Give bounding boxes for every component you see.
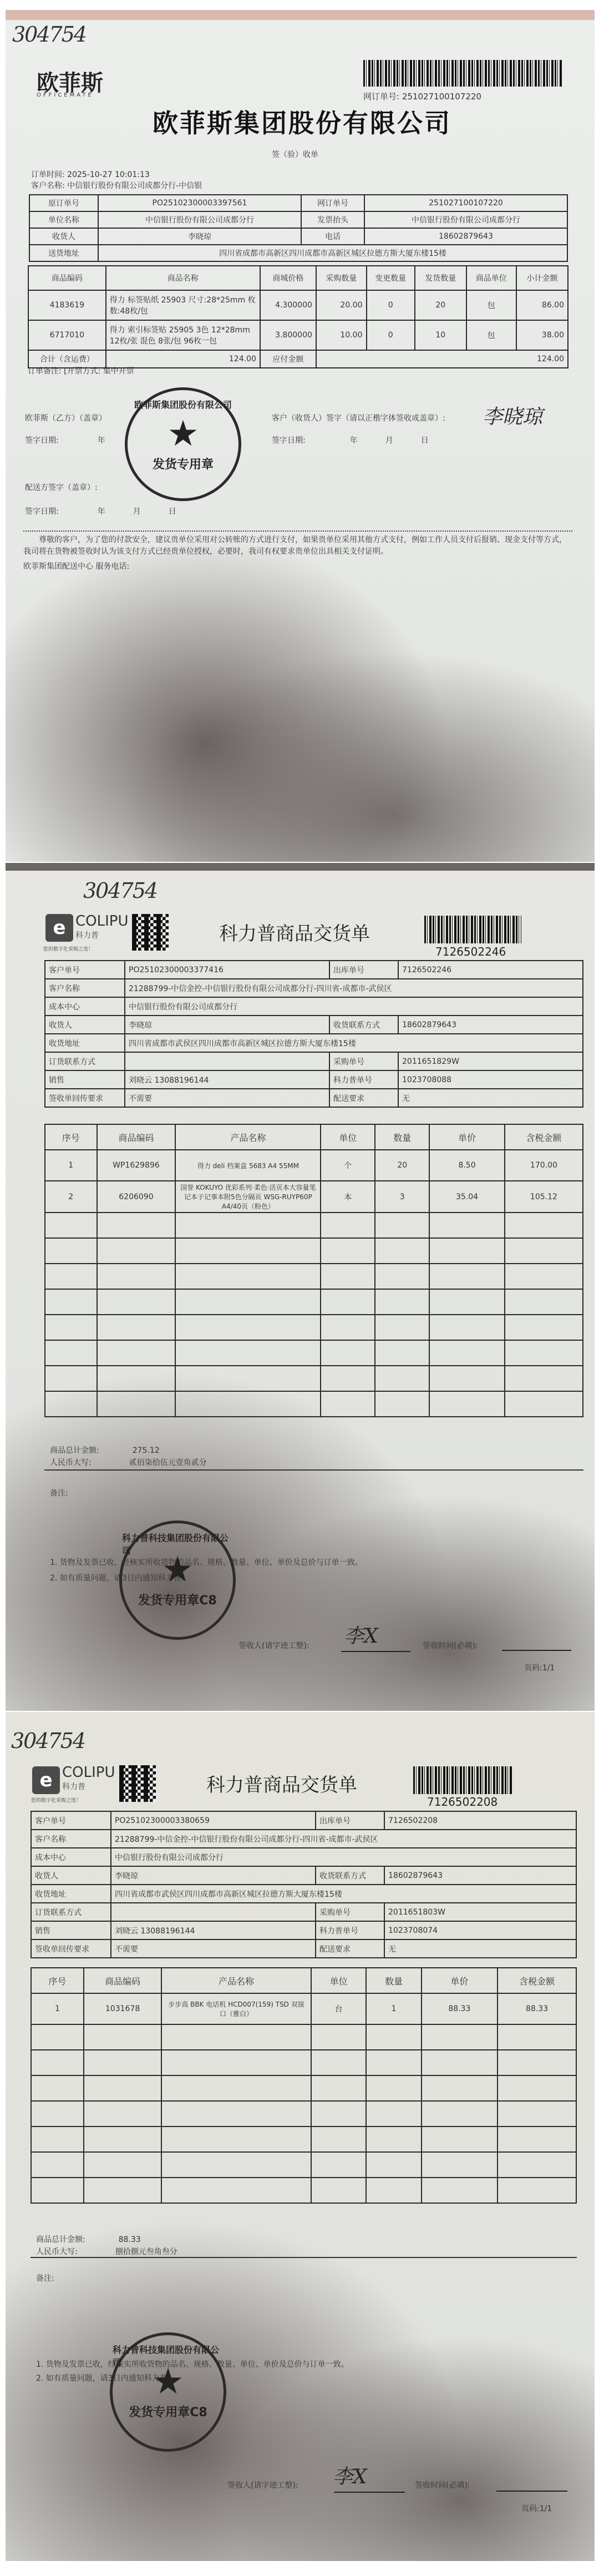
payable-value: 124.00 — [316, 350, 568, 368]
empty-cell — [375, 1340, 429, 1366]
info-label: 配送要求 — [316, 1939, 384, 1958]
item-price: 3.800000 — [260, 320, 316, 350]
empty-cell — [175, 1366, 321, 1391]
empty-cell — [366, 2050, 421, 2075]
empty-cell — [161, 2050, 311, 2075]
info-label: 配送要求 — [329, 1089, 398, 1107]
empty-cell — [161, 2178, 311, 2203]
officemate-receipt: 304754 欧菲斯 OFFICEMATE 网订单号: 251027100107… — [6, 10, 595, 862]
officemate-logo-en: OFFICEMATE — [37, 92, 94, 98]
empty-cell — [31, 2178, 84, 2203]
empty-cell — [375, 1391, 429, 1417]
info-label: 成本中心 — [45, 997, 125, 1016]
empty-cell — [505, 1289, 583, 1315]
empty-cell — [97, 1264, 176, 1289]
info-row: 客户单号PO25102300003380659出库单号7126502208 — [31, 1811, 576, 1830]
star-icon: ★ — [152, 2364, 184, 2400]
empty-row — [45, 1213, 583, 1238]
info-label: 单位名称 — [29, 211, 98, 228]
seller-sign-label: 欧菲斯（乙方）（盖章） — [25, 412, 106, 423]
qr-code — [119, 1765, 156, 1802]
empty-cell — [31, 2075, 84, 2101]
empty-cell — [311, 2178, 366, 2203]
info-label: 收货人 — [31, 1866, 111, 1885]
barcode — [413, 1766, 513, 1794]
empty-row — [31, 2050, 576, 2075]
empty-cell — [498, 2178, 576, 2203]
empty-cell — [505, 1315, 583, 1340]
divider — [31, 2257, 577, 2258]
info-value: 1023708074 — [384, 1921, 576, 1939]
info-label: 收货地址 — [45, 1034, 125, 1052]
empty-cell — [45, 1391, 97, 1417]
item-name: 得力 索引标签贴 25905 3色 12*28mm 12枚/张 混色 8张/包 … — [106, 320, 260, 350]
info-value: 无 — [398, 1089, 583, 1107]
empty-cell — [422, 2075, 498, 2101]
empty-cell — [31, 2101, 84, 2127]
empty-cell — [31, 2024, 84, 2050]
empty-cell — [429, 1315, 505, 1340]
empty-cell — [498, 2024, 576, 2050]
empty-row — [45, 1391, 583, 1417]
handwritten-number: 304754 — [11, 1729, 85, 1753]
colipu-delivery-note-2: 304754 e COLIPU 科力普 您的数字化采购之选！ 科力普商品交货单 … — [6, 1712, 595, 2561]
item-row: 11031678步步高 BBK 电话机 HCD007(159) TSD 双接口（… — [31, 1993, 576, 2024]
empty-row — [31, 2152, 576, 2178]
empty-cell — [505, 1264, 583, 1289]
empty-cell — [31, 2050, 84, 2075]
empty-cell — [498, 2075, 576, 2101]
column-header: 商品名称 — [106, 266, 260, 290]
empty-cell — [422, 2050, 498, 2075]
empty-row — [31, 2178, 576, 2203]
info-label: 签收单回传要求 — [31, 1939, 111, 1958]
info-row: 订货联系方式采购单号2011651829W — [45, 1052, 583, 1070]
doc-title: 科力普商品交货单 — [206, 1770, 357, 1797]
info-value: 2011651803W — [384, 1903, 576, 1921]
empty-cell — [84, 2127, 161, 2152]
item-amount: 170.00 — [505, 1150, 583, 1181]
empty-cell — [498, 2101, 576, 2127]
empty-cell — [97, 1238, 176, 1264]
doc-type: 签（验）收单 — [272, 149, 318, 160]
empty-cell — [45, 1213, 97, 1238]
items-table: 商品编码商品名称商城价格采购数量变更数量发货数量商品单位小计金额4183619得… — [28, 265, 568, 368]
empty-cell — [498, 2127, 576, 2152]
item-amount: 105.12 — [505, 1181, 583, 1213]
item-qty: 1 — [366, 1993, 421, 2024]
empty-row — [31, 2075, 576, 2101]
info-label: 订货联系方式 — [45, 1052, 125, 1070]
item-shipped-qty: 10 — [415, 320, 466, 350]
colipu-logo-icon: e — [45, 914, 73, 942]
empty-cell — [375, 1264, 429, 1289]
empty-cell — [375, 1366, 429, 1391]
empty-cell — [97, 1289, 176, 1315]
info-value: 18602879643 — [384, 1866, 576, 1885]
empty-cell — [84, 2024, 161, 2050]
empty-cell — [175, 1391, 321, 1417]
empty-cell — [84, 2178, 161, 2203]
receiver-label: 签收人(请字迹工整): — [238, 1640, 309, 1651]
empty-cell — [321, 1315, 375, 1340]
item-qty: 3 — [375, 1181, 429, 1213]
info-value — [111, 1903, 316, 1921]
column-header: 产品名称 — [161, 1968, 311, 1993]
info-label: 电话 — [301, 228, 364, 245]
empty-cell — [321, 1238, 375, 1264]
empty-cell — [45, 1340, 97, 1366]
item-no: 1 — [45, 1150, 97, 1181]
item-shipped-qty: 20 — [415, 290, 466, 320]
empty-row — [45, 1264, 583, 1289]
info-row: 成本中心中信银行股份有限公司成都分行 — [45, 997, 583, 1016]
info-label: 采购单号 — [316, 1903, 384, 1921]
empty-cell — [45, 1366, 97, 1391]
column-header: 单位 — [321, 1124, 375, 1150]
empty-cell — [84, 2152, 161, 2178]
total-row: 商品总计金额:88.33 — [36, 2234, 141, 2245]
info-row: 送货地址四川省成都市高新区四川成都市高新区城区拉德方斯大厦东楼15楼 — [29, 245, 567, 261]
info-row: 收货地址四川省成都市武侯区四川成都市高新区城区拉德方斯大厦东楼15楼 — [45, 1034, 583, 1052]
empty-cell — [366, 2178, 421, 2203]
page-number: 页码:1/1 — [524, 1662, 555, 1673]
info-value: 251027100107220 — [364, 195, 567, 211]
empty-cell — [175, 1238, 321, 1264]
item-qty: 10.00 — [316, 320, 367, 350]
payable-label: 应付金额 — [260, 350, 316, 368]
column-header: 采购数量 — [316, 266, 367, 290]
rmb-row: 人民币大写:贰佰柒拾伍元壹角贰分 — [50, 1457, 207, 1468]
empty-cell — [161, 2024, 311, 2050]
barcode-number: 7126502208 — [427, 1795, 498, 1809]
empty-cell — [375, 1213, 429, 1238]
info-label: 收货地址 — [31, 1885, 111, 1903]
item-code: 6206090 — [97, 1181, 176, 1213]
empty-cell — [311, 2152, 366, 2178]
item-subtotal: 86.00 — [516, 290, 568, 320]
item-code: WP1629896 — [97, 1150, 176, 1181]
info-label: 送货地址 — [29, 245, 98, 261]
empty-cell — [45, 1289, 97, 1315]
colipu-slogan: 您的数字化采购之选！ — [31, 1796, 81, 1804]
info-value: PO25102300003377416 — [125, 961, 329, 979]
column-header: 单位 — [311, 1968, 366, 1993]
empty-cell — [97, 1315, 176, 1340]
info-label: 原订单号 — [29, 195, 98, 211]
info-value: 7126502208 — [384, 1811, 576, 1830]
customer-signature: 李晓琼 — [483, 401, 542, 430]
empty-cell — [31, 2152, 84, 2178]
info-value: PO25102300003380659 — [111, 1811, 316, 1830]
item-row: 1WP1629896得力 deli 档案盒 5683 A4 55MM个208.5… — [45, 1150, 583, 1181]
empty-cell — [31, 2127, 84, 2152]
info-row: 客户名称21288799-中信金控-中信银行股份有限公司成都分行-四川省-成都市… — [45, 979, 583, 997]
company-stamp: 科力普科技集团股份有限公司 ★ 发货专用章C8 — [119, 1521, 236, 1640]
info-row: 销售刘晓云 13088196144科力普单号1023708074 — [31, 1921, 576, 1939]
info-value: 1023708088 — [398, 1070, 583, 1089]
column-header: 商城价格 — [260, 266, 316, 290]
info-value: 刘晓云 13088196144 — [111, 1921, 316, 1939]
empty-cell — [498, 2050, 576, 2075]
info-label: 发票抬头 — [301, 211, 364, 228]
receiver-signature: 李X — [344, 1620, 378, 1649]
info-row: 单位名称中信银行股份有限公司成都分行发票抬头中信银行股份有限公司成都分行 — [29, 211, 567, 228]
info-label: 客户单号 — [45, 961, 125, 979]
empty-cell — [175, 1289, 321, 1315]
empty-cell — [97, 1366, 176, 1391]
info-label: 成本中心 — [31, 1848, 111, 1866]
empty-cell — [321, 1264, 375, 1289]
empty-row — [31, 2101, 576, 2127]
info-value: 四川省成都市武侯区四川成都市高新区城区拉德方斯大厦东楼15楼 — [111, 1885, 576, 1903]
empty-row — [31, 2127, 576, 2152]
column-header: 数量 — [366, 1968, 421, 1993]
empty-cell — [161, 2101, 311, 2127]
empty-cell — [429, 1238, 505, 1264]
rmb-row: 人民币大写:捌拾捌元叁角叁分 — [36, 2246, 177, 2257]
info-value: 李晓琼 — [125, 1016, 329, 1034]
info-value: 18602879643 — [364, 228, 567, 245]
item-unit: 台 — [311, 1993, 366, 2024]
info-row: 订货联系方式采购单号2011651803W — [31, 1903, 576, 1921]
empty-cell — [311, 2127, 366, 2152]
delivery-info-table: 客户单号PO25102300003377416出库单号7126502246客户名… — [44, 960, 583, 1108]
info-value: 21288799-中信金控-中信银行股份有限公司成都分行-四川省-成都市-武侯区 — [125, 979, 583, 997]
empty-cell — [422, 2127, 498, 2152]
item-name: 步步高 BBK 电话机 HCD007(159) TSD 双接口（雅白） — [161, 1993, 311, 2024]
remark-label: 备注: — [36, 2272, 54, 2284]
info-row: 客户名称21288799-中信金控-中信银行股份有限公司成都分行-四川省-成都市… — [31, 1830, 576, 1848]
item-price: 8.50 — [429, 1150, 505, 1181]
info-label: 出库单号 — [316, 1811, 384, 1830]
empty-cell — [175, 1315, 321, 1340]
item-changed-qty: 0 — [367, 290, 415, 320]
info-label: 销售 — [31, 1921, 111, 1939]
info-value: 中信银行股份有限公司成都分行 — [111, 1848, 576, 1866]
footer-service: 欧菲斯集团配送中心 服务电话: — [23, 560, 129, 572]
empty-cell — [366, 2152, 421, 2178]
empty-cell — [45, 1315, 97, 1340]
empty-cell — [422, 2152, 498, 2178]
empty-cell — [84, 2075, 161, 2101]
empty-cell — [84, 2050, 161, 2075]
dotted-divider — [23, 531, 572, 532]
empty-cell — [45, 1238, 97, 1264]
receiver-label: 签收人(请字迹工整): — [227, 2479, 298, 2491]
info-value: 2011651829W — [398, 1052, 583, 1070]
item-no: 1 — [31, 1993, 84, 2024]
info-label: 客户名称 — [31, 1830, 111, 1848]
item-changed-qty: 0 — [367, 320, 415, 350]
courier-sign-date: 签字日期:年月日 — [25, 506, 176, 517]
info-label: 科力普单号 — [316, 1921, 384, 1939]
info-label: 销售 — [45, 1070, 125, 1089]
colipu-logo-en: COLIPU — [62, 1764, 115, 1781]
empty-row — [31, 2024, 576, 2050]
total-row: 商品总计金额:275.12 — [50, 1444, 160, 1456]
info-value: 不需要 — [111, 1939, 316, 1958]
time-line[interactable] — [502, 1650, 571, 1651]
empty-cell — [161, 2127, 311, 2152]
customer-name: 客户名称: 中信银行股份有限公司成都分行-中信银 — [31, 180, 202, 191]
receive-time-label: 签收时间(必填): — [423, 1640, 478, 1651]
receiver-signature: 李X — [333, 2461, 367, 2489]
empty-cell — [422, 2178, 498, 2203]
empty-cell — [429, 1366, 505, 1391]
info-label: 收货联系方式 — [329, 1016, 398, 1034]
info-row: 收货人李晓琼收货联系方式18602879643 — [31, 1866, 576, 1885]
info-label: 收货人 — [45, 1016, 125, 1034]
info-value: 刘晓云 13088196144 — [125, 1070, 329, 1089]
empty-row — [45, 1340, 583, 1366]
empty-cell — [175, 1340, 321, 1366]
empty-cell — [505, 1340, 583, 1366]
item-qty: 20 — [375, 1150, 429, 1181]
items-header-row: 商品编码商品名称商城价格采购数量变更数量发货数量商品单位小计金额 — [28, 266, 568, 290]
empty-cell — [375, 1238, 429, 1264]
empty-cell — [175, 1213, 321, 1238]
column-header: 变更数量 — [367, 266, 415, 290]
column-header: 商品编码 — [84, 1968, 161, 1993]
payment-notice: 尊敬的客户，为了您的付款安全，建议贵单位采用对公转账的方式进行支付，如果贵单位采… — [23, 534, 572, 558]
item-price: 88.33 — [422, 1993, 498, 2024]
item-row: 4183619得力 标签贴纸 25903 尺寸:28*25mm 枚数:48枚/包… — [28, 290, 568, 320]
empty-row — [45, 1315, 583, 1340]
info-value: 21288799-中信金控-中信银行股份有限公司成都分行-四川省-成都市-武侯区 — [111, 1830, 576, 1848]
empty-cell — [161, 2152, 311, 2178]
empty-cell — [375, 1315, 429, 1340]
empty-cell — [429, 1289, 505, 1315]
info-value: 中信银行股份有限公司成都分行 — [125, 997, 583, 1016]
item-name: 得力 标签贴纸 25903 尺寸:28*25mm 枚数:48枚/包 — [106, 290, 260, 320]
item-price: 35.04 — [429, 1181, 505, 1213]
empty-cell — [366, 2024, 421, 2050]
item-unit: 个 — [321, 1150, 375, 1181]
item-row: 6717010得力 索引标签贴 25905 3色 12*28mm 12枚/张 混… — [28, 320, 568, 350]
column-header: 小计金额 — [516, 266, 568, 290]
star-icon: ★ — [167, 416, 199, 452]
doc-title: 科力普商品交货单 — [219, 918, 370, 946]
empty-cell — [321, 1366, 375, 1391]
item-amount: 88.33 — [498, 1993, 576, 2024]
empty-cell — [321, 1340, 375, 1366]
empty-cell — [422, 2101, 498, 2127]
info-value: PO25102300003397561 — [98, 195, 301, 211]
info-row: 签收单回传要求不需要配送要求无 — [45, 1089, 583, 1107]
info-label: 收货人 — [29, 228, 98, 245]
signature-line — [334, 2492, 405, 2493]
info-label: 客户单号 — [31, 1811, 111, 1830]
empty-cell — [311, 2050, 366, 2075]
empty-cell — [422, 2024, 498, 2050]
info-value: 四川省成都市武侯区四川成都市高新区城区拉德方斯大厦东楼15楼 — [125, 1034, 583, 1052]
empty-cell — [97, 1391, 176, 1417]
empty-cell — [311, 2075, 366, 2101]
items-table: 序号商品编码产品名称单位数量单价含税金额1WP1629896得力 deli 档案… — [44, 1124, 583, 1417]
empty-cell — [505, 1366, 583, 1391]
empty-cell — [505, 1213, 583, 1238]
info-row: 收货地址四川省成都市武侯区四川成都市高新区城区拉德方斯大厦东楼15楼 — [31, 1885, 576, 1903]
items-table: 序号商品编码产品名称单位数量单价含税金额11031678步步高 BBK 电话机 … — [31, 1967, 577, 2204]
info-value: 18602879643 — [398, 1016, 583, 1034]
item-name: 得力 deli 档案盒 5683 A4 55MM — [175, 1150, 321, 1181]
empty-cell — [429, 1264, 505, 1289]
order-time: 订单时间: 2025-10-27 10:01:13 — [31, 169, 150, 180]
column-header: 产品名称 — [175, 1124, 321, 1150]
column-header: 序号 — [31, 1968, 84, 1993]
item-qty: 20.00 — [316, 290, 367, 320]
column-header: 序号 — [45, 1124, 97, 1150]
courier-sign-label: 配送方签字（盖章）: — [25, 482, 98, 493]
items-header-row: 序号商品编码产品名称单位数量单价含税金额 — [45, 1124, 583, 1150]
handwritten-number: 304754 — [12, 22, 86, 47]
empty-cell — [175, 1264, 321, 1289]
empty-cell — [321, 1213, 375, 1238]
info-label: 采购单号 — [329, 1052, 398, 1070]
order-info-table: 原订单号PO25102300003397561网订单号2510271001072… — [29, 194, 568, 262]
empty-cell — [97, 1340, 176, 1366]
barcode — [424, 916, 521, 943]
colipu-logo-cn: 科力普 — [62, 1781, 85, 1792]
colipu-logo-cn: 科力普 — [75, 930, 99, 941]
column-header: 数量 — [375, 1124, 429, 1150]
item-no: 2 — [45, 1181, 97, 1213]
empty-cell — [429, 1391, 505, 1417]
column-header: 发货数量 — [415, 266, 466, 290]
item-name: 国誉 KOKUYO 优彩系列·柔色·活页本大容量笔记本子记事本附5色分隔页 WS… — [175, 1181, 321, 1213]
star-icon: ★ — [161, 1552, 193, 1588]
info-row: 签收单回传要求不需要配送要求无 — [31, 1939, 576, 1958]
signature-line — [341, 1651, 410, 1652]
column-header: 单价 — [429, 1124, 505, 1150]
divider — [44, 1469, 583, 1471]
empty-cell — [321, 1391, 375, 1417]
time-line[interactable] — [496, 2491, 567, 2492]
info-value: 李晓琼 — [98, 228, 301, 245]
company-title: 欧菲斯集团股份有限公司 — [153, 103, 451, 140]
column-header: 商品编码 — [97, 1124, 176, 1150]
empty-cell — [505, 1391, 583, 1417]
empty-cell — [498, 2152, 576, 2178]
colipu-logo-en: COLIPU — [75, 913, 128, 930]
handwritten-number: 304754 — [83, 878, 157, 903]
info-value: 7126502246 — [398, 961, 583, 979]
barcode — [363, 60, 563, 87]
info-value: 李晓琼 — [111, 1866, 316, 1885]
empty-cell — [429, 1340, 505, 1366]
item-code: 6717010 — [28, 320, 106, 350]
info-value: 中信银行股份有限公司成都分行 — [364, 211, 567, 228]
empty-cell — [429, 1213, 505, 1238]
remark-label: 备注: — [50, 1487, 68, 1498]
item-code: 1031678 — [84, 1993, 161, 2024]
column-header: 含税金额 — [505, 1124, 583, 1150]
column-header: 含税金额 — [498, 1968, 576, 1993]
info-label: 客户名称 — [45, 979, 125, 997]
info-row: 成本中心中信银行股份有限公司成都分行 — [31, 1848, 576, 1866]
items-header-row: 序号商品编码产品名称单位数量单价含税金额 — [31, 1968, 576, 1993]
empty-row — [45, 1289, 583, 1315]
empty-cell — [366, 2075, 421, 2101]
info-row: 收货人李晓琼电话18602879643 — [29, 228, 567, 245]
empty-cell — [311, 2024, 366, 2050]
item-unit: 本 — [321, 1181, 375, 1213]
info-row: 收货人李晓琼收货联系方式18602879643 — [45, 1016, 583, 1034]
empty-cell — [97, 1213, 176, 1238]
empty-cell — [366, 2101, 421, 2127]
qr-code — [132, 914, 169, 951]
